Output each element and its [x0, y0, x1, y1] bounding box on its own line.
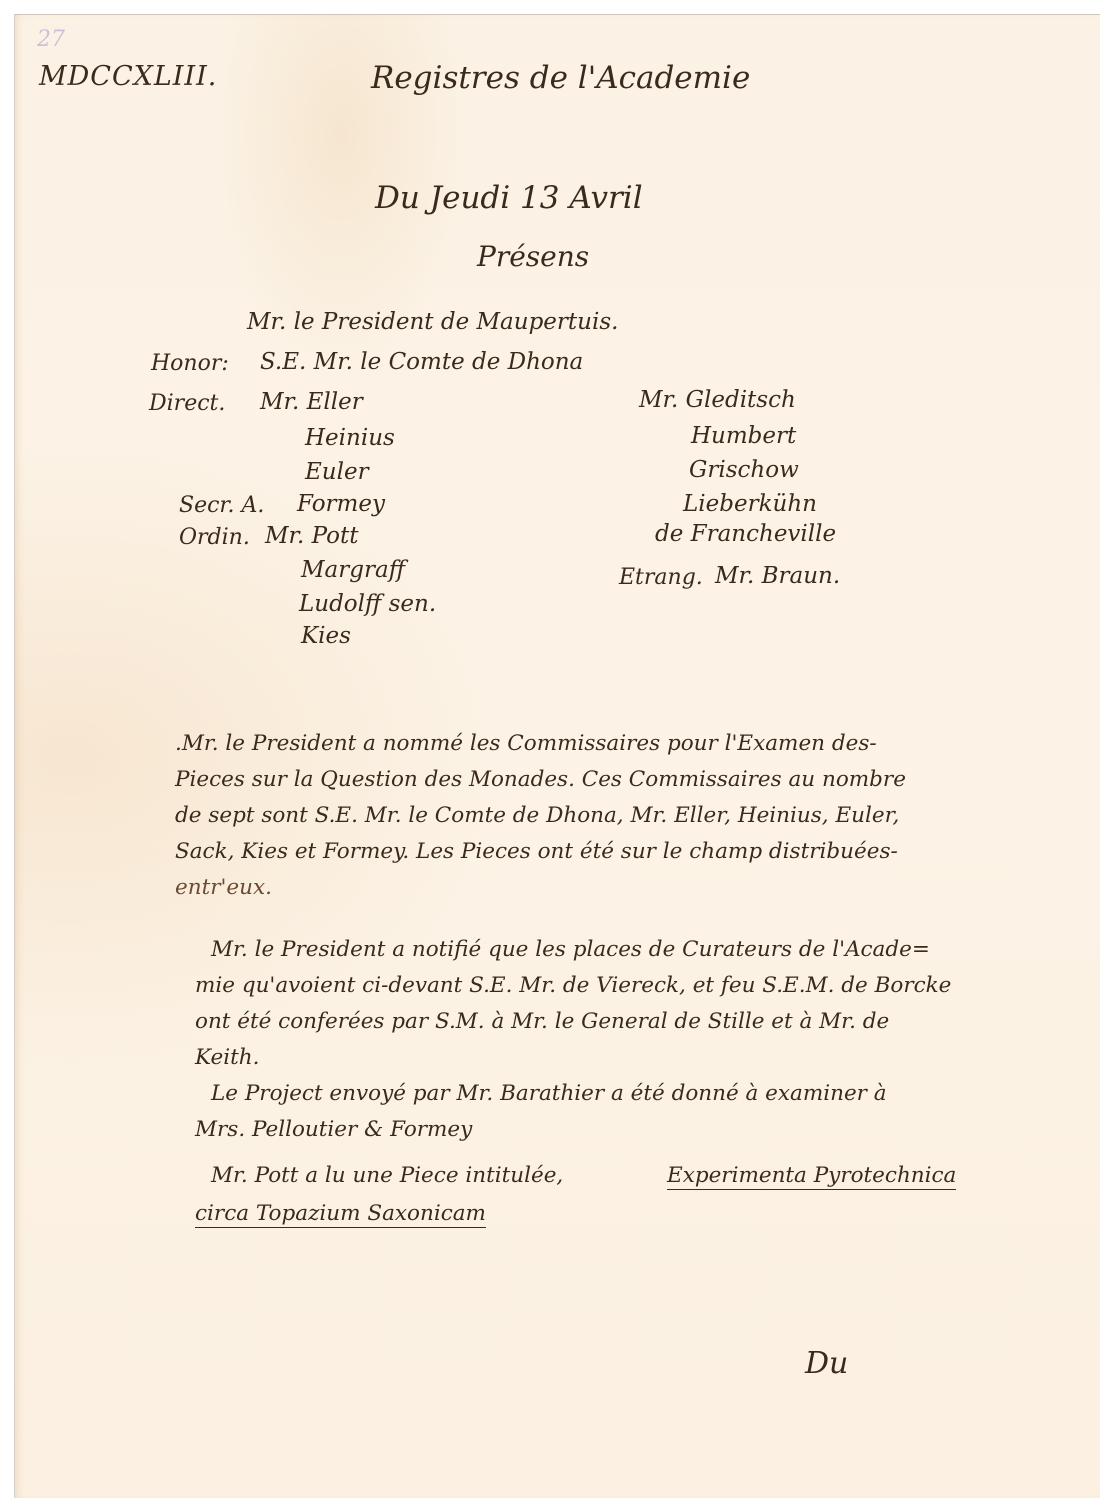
minutes-line: Keith.: [195, 1047, 259, 1069]
secr-name: Formey: [297, 493, 385, 516]
manuscript-page: 27 MDCCXLIII. Registres de l'Academie Du…: [14, 14, 1100, 1498]
ordin-name: Margraff: [301, 559, 405, 582]
paper-title-cont: circa Topazium Saxonicam: [195, 1203, 486, 1228]
etrang-name: Mr. Braun.: [715, 565, 840, 588]
minutes-line: de sept sont S.E. Mr. le Comte de Dhona,…: [175, 805, 899, 827]
year-heading: MDCCXLIII.: [39, 63, 217, 90]
minutes-line: entr'eux.: [175, 877, 272, 899]
minutes-line: Sack, Kies et Formey. Les Pieces ont été…: [175, 841, 898, 863]
minutes-line: .Mr. le President a nommé les Commissair…: [175, 733, 877, 755]
ordin-name: Mr. Pott: [265, 525, 359, 548]
member-name: Grischow: [689, 459, 799, 482]
direct-name: Euler: [305, 461, 369, 484]
minutes-line: mie qu'avoient ci-devant S.E. Mr. de Vie…: [195, 975, 951, 997]
ordin-name: Kies: [301, 625, 351, 648]
minutes-line: Pieces sur la Question des Monades. Ces …: [175, 769, 906, 791]
honor-label: Honor:: [151, 353, 229, 375]
direct-name: Heinius: [305, 427, 395, 450]
member-name: Mr. Gleditsch: [639, 389, 796, 412]
folio-number: 27: [37, 29, 65, 51]
ordin-label: Ordin.: [179, 527, 250, 549]
president-line: Mr. le President de Maupertuis.: [247, 311, 618, 334]
presens-heading: Présens: [477, 243, 589, 271]
catchword: Du: [805, 1349, 848, 1379]
minutes-line: Mr. Pott a lu une Piece intitulée,: [211, 1165, 563, 1187]
honor-name: S.E. Mr. le Comte de Dhona: [260, 351, 583, 374]
member-name: Lieberkühn: [683, 493, 817, 516]
direct-name: Mr. Eller: [260, 391, 363, 414]
member-name: de Francheville: [655, 523, 836, 546]
paper-title: Experimenta Pyrotechnica: [667, 1165, 956, 1190]
page-title: Registres de l'Academie: [371, 63, 750, 94]
etrang-label: Etrang.: [619, 567, 703, 589]
minutes-line: Mrs. Pelloutier & Formey: [195, 1119, 472, 1141]
direct-label: Direct.: [149, 393, 225, 415]
minutes-line: Le Project envoyé par Mr. Barathier a ét…: [211, 1083, 887, 1105]
secr-label: Secr. A.: [179, 495, 264, 517]
session-date: Du Jeudi 13 Avril: [375, 183, 643, 214]
minutes-line: ont été conferées par S.M. à Mr. le Gene…: [195, 1011, 889, 1033]
minutes-line: Mr. le President a notifié que les place…: [211, 939, 930, 961]
ordin-name: Ludolff sen.: [299, 593, 436, 616]
member-name: Humbert: [691, 425, 796, 448]
